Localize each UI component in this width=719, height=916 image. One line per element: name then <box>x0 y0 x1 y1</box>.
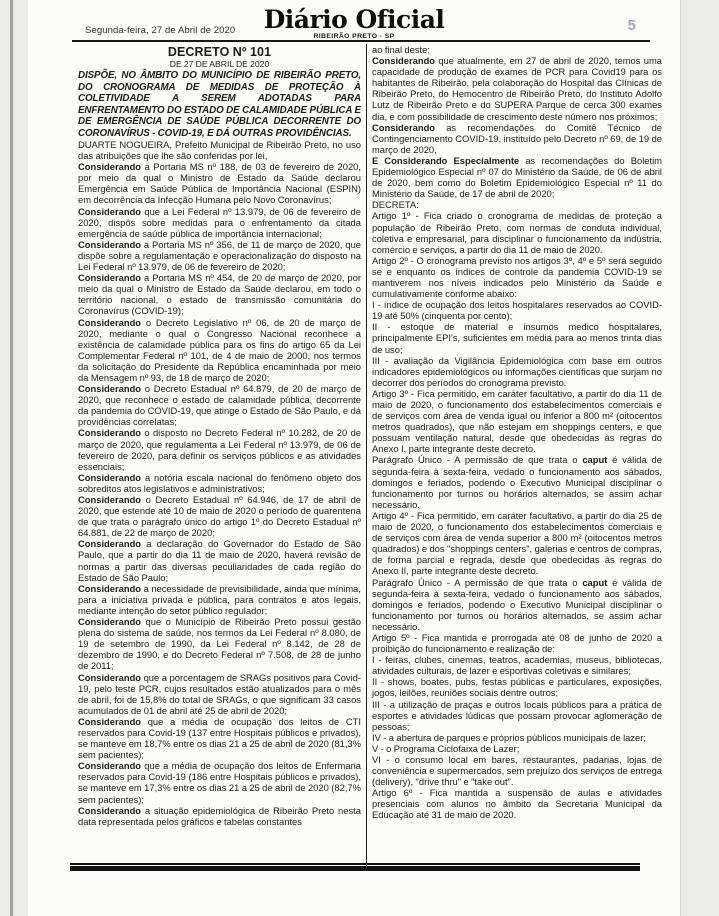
paragraph: II - estoque de material e insumos medic… <box>372 321 662 354</box>
paragraph: Considerando a situação epidemiológica d… <box>78 805 361 827</box>
paragraph: DUARTE NOGUEIRA, Prefeito Municipal de R… <box>78 139 361 161</box>
paragraph: Artigo 2º - O cronograma previsto nos ar… <box>372 255 662 299</box>
paragraph: I - feiras, clubes, cinemas, teatros, ac… <box>372 654 662 676</box>
paragraph: Artigo 3º - Fica permitido, em caráter f… <box>372 388 662 455</box>
masthead-title: Diário Oficial <box>28 5 680 34</box>
decree-title: DECRETO Nº 101 <box>78 45 361 59</box>
paragraph: Considerando a Portaria MS nº 188, de 03… <box>78 161 361 205</box>
paragraph: Considerando que a porcentagem de SRAGs … <box>78 672 361 716</box>
paragraph: Artigo 6º - Fica mantida a suspensão de … <box>372 787 662 820</box>
paragraph: VI - o consumo local em bares, restauran… <box>372 754 662 787</box>
paragraph: Considerando que o Município de Ribeirão… <box>78 616 361 671</box>
paragraph: Artigo 4º - Fica permitido, em caráter f… <box>372 510 662 577</box>
page-number: 5 <box>628 17 636 34</box>
masthead-subtitle: RIBEIRÃO PRETO - SP <box>28 33 680 40</box>
header-rule <box>72 40 650 42</box>
paragraph: Considerando o Decreto Estadual nº 64.87… <box>78 383 361 427</box>
paragraph: Considerando a declaração do Governador … <box>78 538 361 582</box>
paragraph: Considerando a notória escala nacional d… <box>78 472 361 494</box>
bottom-rule <box>70 863 640 871</box>
paragraph: Considerando que a média de ocupação dos… <box>78 716 361 760</box>
paragraph: Parágrafo Único - A permissão de que tra… <box>372 454 662 509</box>
paragraph: Artigo 1º - Fica criado o cronograma de … <box>372 210 662 254</box>
paragraph: IV - a abertura de parques e próprios pú… <box>372 732 662 743</box>
paragraph: I - índice de ocupação dos leitos hospit… <box>372 299 662 321</box>
text-columns: DECRETO Nº 101DE 27 DE ABRIL DE 2020DISP… <box>78 44 662 866</box>
paragraph: Considerando as recomendações do Comitê … <box>372 122 662 155</box>
paragraph: Considerando que atualmente, em 27 de ab… <box>372 55 662 122</box>
paragraph: Artigo 5º - Fica mantida e prorrogada at… <box>372 632 662 654</box>
right-column: ao final deste;Considerando que atualmen… <box>372 44 662 866</box>
paragraph: Considerando a necessidade de previsibil… <box>78 583 361 616</box>
paragraph: DECRETA: <box>372 199 662 210</box>
paragraph: III - a utilização de praças e outros lo… <box>372 699 662 732</box>
paragraph: V - o Programa Ciclofaixa de Lazer; <box>372 743 662 754</box>
gazette-page: Segunda-feira, 27 de Abril de 2020 Diári… <box>28 0 681 916</box>
paragraph: DISPÕE, NO ÂMBITO DO MUNICÍPIO DE RIBEIR… <box>78 70 361 139</box>
paragraph: II - shows, boates, pubs, festas pública… <box>372 676 662 698</box>
paragraph: ao final deste; <box>372 44 662 55</box>
paragraph: Considerando que a Lei Federal nº 13.979… <box>78 206 361 239</box>
column-divider-rule <box>366 44 367 866</box>
paragraph: Considerando a Portaria MS nº 356, de 11… <box>78 239 361 272</box>
page-edge-shadow <box>10 0 13 916</box>
paragraph: Parágrafo Único - A permissão de que tra… <box>372 577 662 632</box>
paragraph: E Considerando Especialmente as recomend… <box>372 155 662 199</box>
decree-subtitle: DE 27 DE ABRIL DE 2020 <box>78 59 361 69</box>
paragraph: Considerando a Portaria MS nº 454, de 20… <box>78 272 361 316</box>
paragraph: Considerando o disposto no Decreto Feder… <box>78 427 361 471</box>
paragraph: Considerando que a média de ocupação dos… <box>78 760 361 804</box>
paragraph: Considerando o Decreto Estadual nº 64.94… <box>78 494 361 538</box>
paragraph: Considerando o Decreto Legislativo nº 06… <box>78 317 361 384</box>
paragraph: III - avaliação da Vigilância Epidemioló… <box>372 355 662 388</box>
left-column: DECRETO Nº 101DE 27 DE ABRIL DE 2020DISP… <box>78 44 361 866</box>
